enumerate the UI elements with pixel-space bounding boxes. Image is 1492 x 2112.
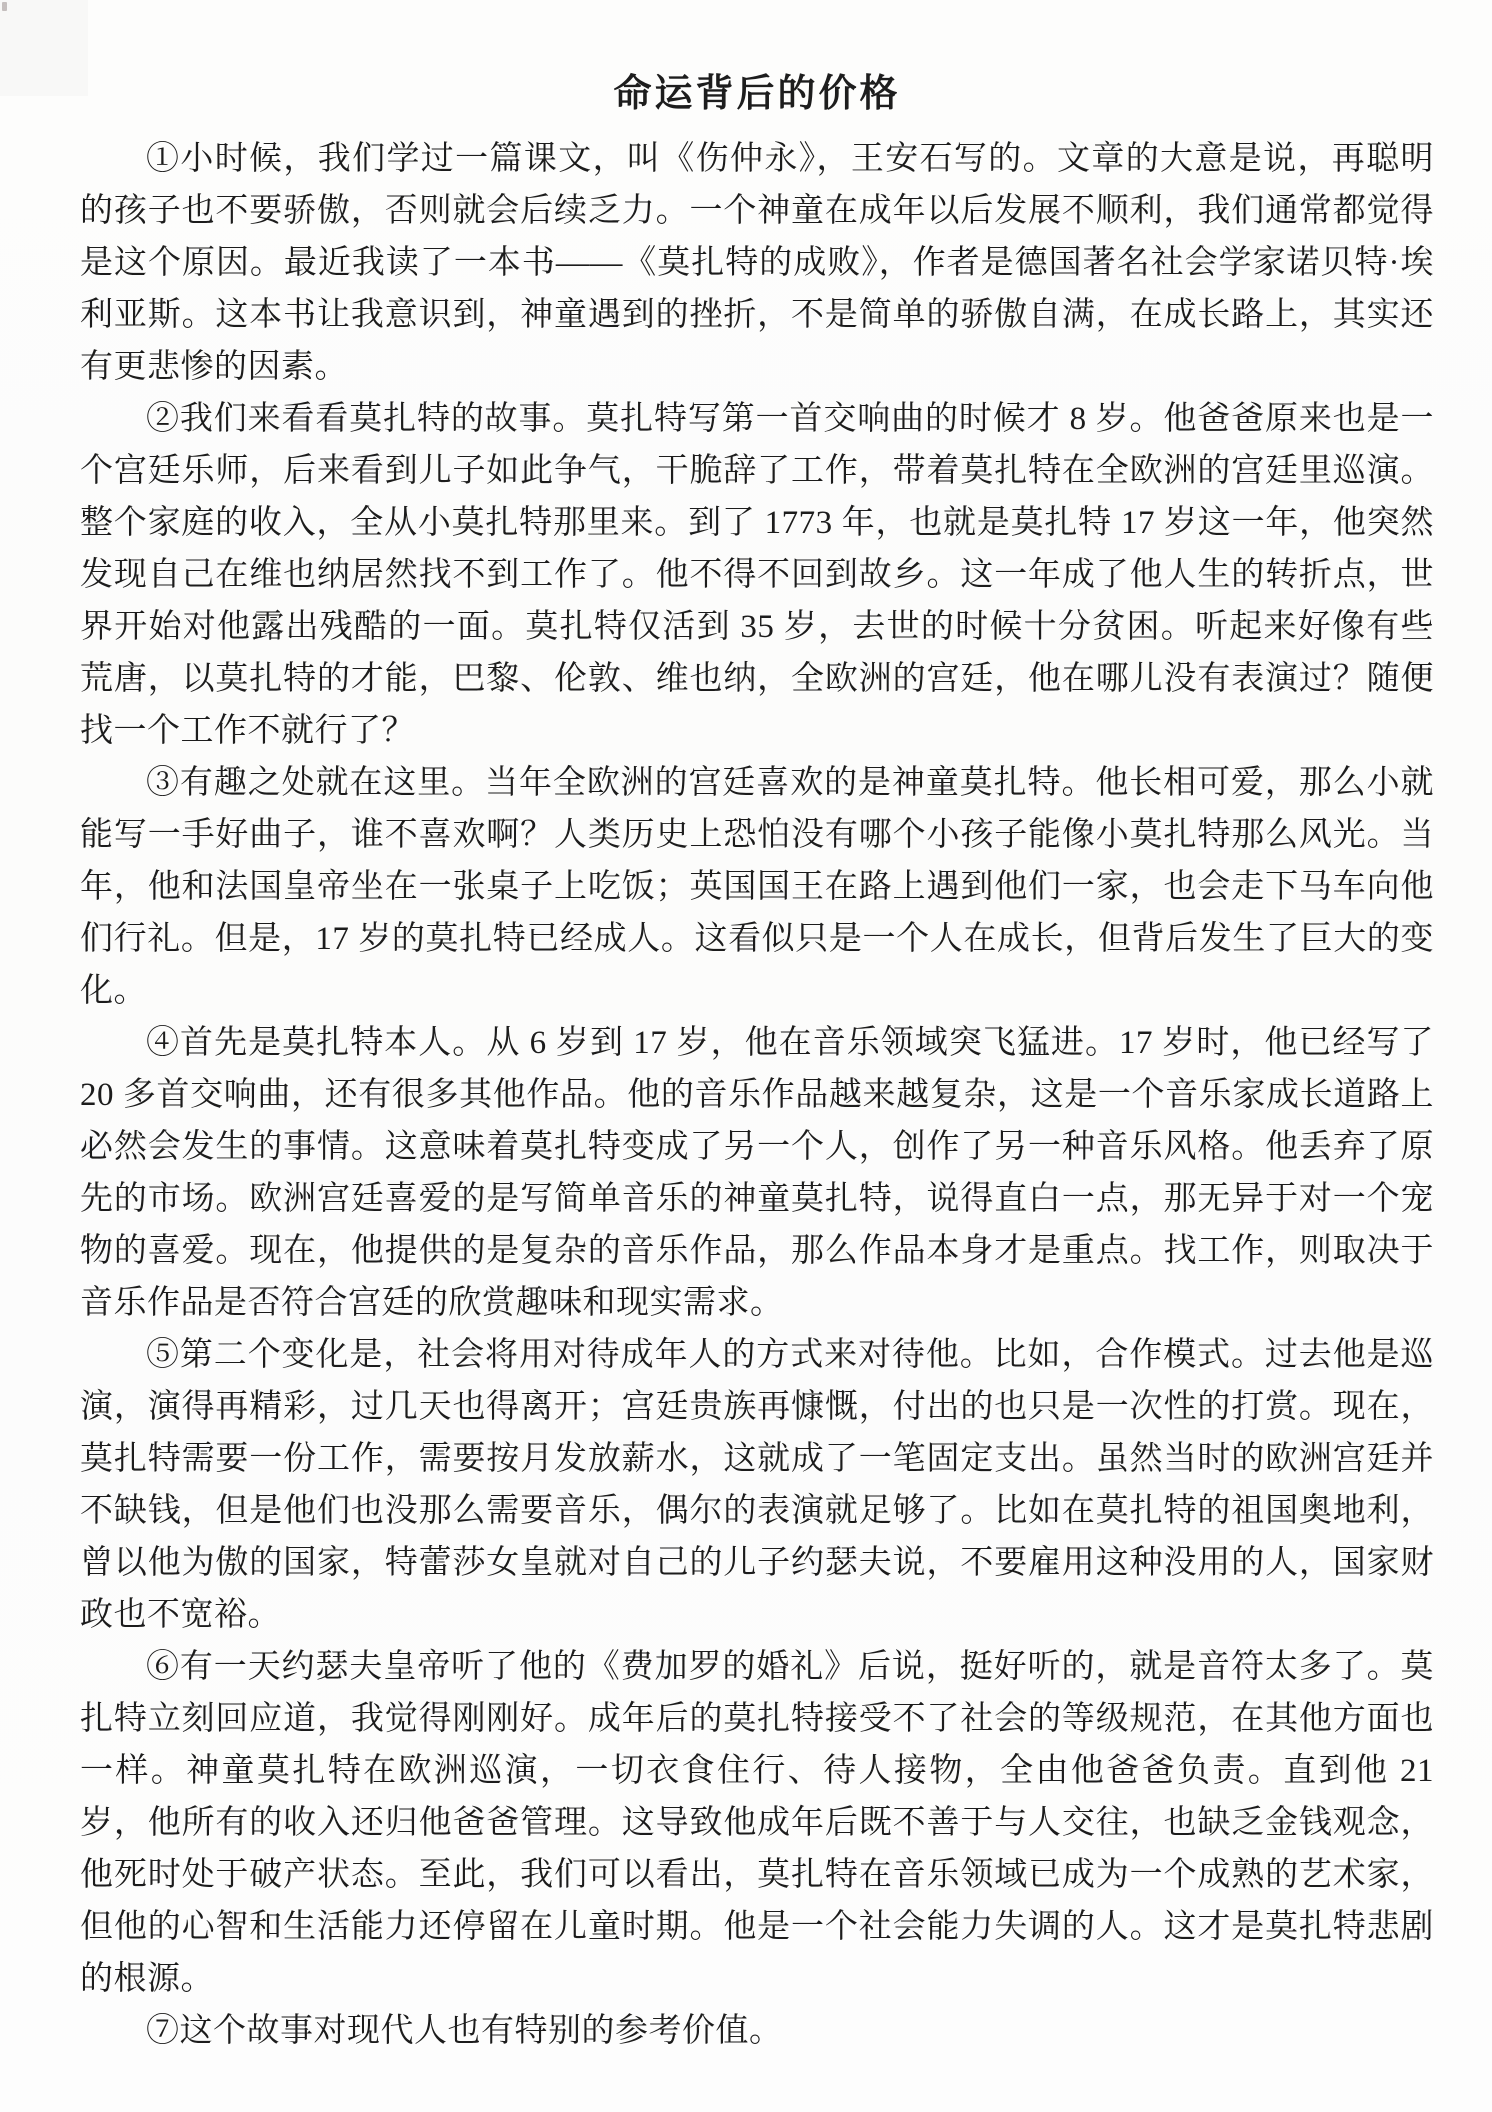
essay-paragraph-4: ④首先是莫扎特本人。从 6 岁到 17 岁，他在音乐领域突飞猛进。17 岁时，他…	[80, 1017, 1434, 1329]
essay-content: 命运背后的价格 ①小时候，我们学过一篇课文，叫《伤仲永》，王安石写的。文章的大意…	[0, 0, 1492, 2057]
essay-paragraph-7: ⑦这个故事对现代人也有特别的参考价值。	[80, 2005, 1434, 2057]
essay-paragraph-5: ⑤第二个变化是，社会将用对待成年人的方式来对待他。比如，合作模式。过去他是巡演，…	[80, 1329, 1434, 1641]
scanned-document-page: 命运背后的价格 ①小时候，我们学过一篇课文，叫《伤仲永》，王安石写的。文章的大意…	[0, 0, 1492, 2112]
essay-title: 命运背后的价格	[80, 62, 1434, 117]
essay-paragraph-6: ⑥有一天约瑟夫皇帝听了他的《费加罗的婚礼》后说，挺好听的，就是音符太多了。莫扎特…	[80, 1641, 1434, 2005]
essay-paragraph-3: ③有趣之处就在这里。当年全欧洲的宫廷喜欢的是神童莫扎特。他长相可爱，那么小就能写…	[80, 757, 1434, 1017]
essay-paragraph-2: ②我们来看看莫扎特的故事。莫扎特写第一首交响曲的时候才 8 岁。他爸爸原来也是一…	[80, 393, 1434, 757]
essay-paragraph-1: ①小时候，我们学过一篇课文，叫《伤仲永》，王安石写的。文章的大意是说，再聪明的孩…	[80, 133, 1434, 393]
